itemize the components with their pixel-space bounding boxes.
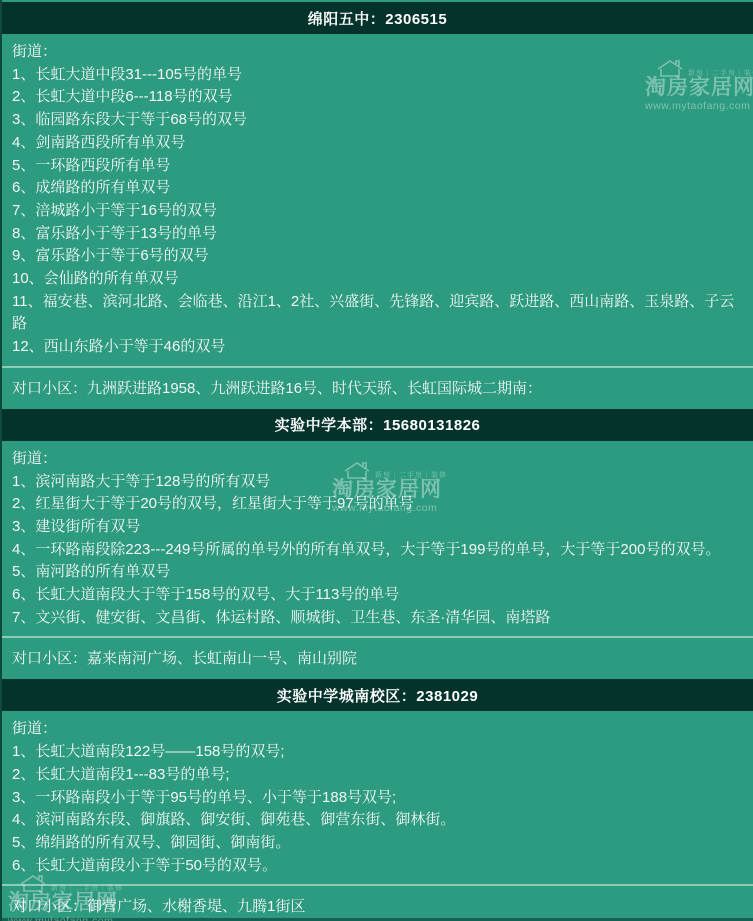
street-list: 街道：1、滨河南路大于等于128号的所有双号2、红星街大于等于20号的双号，红星… [2, 441, 753, 637]
school-section: 绵阳五中：2306515街道：1、长虹大道中段31---105号的单号2、长虹大… [2, 0, 753, 407]
street-item: 5、南河路的所有单双号 [12, 561, 743, 584]
street-item: 7、涪城路小于等于16号的双号 [12, 200, 743, 223]
street-item: 8、富乐路小于等于13号的单号 [12, 223, 743, 246]
street-item: 5、一环路西段所有单号 [12, 155, 743, 178]
street-item: 1、长虹大道南段122号——158号的双号; [12, 741, 743, 764]
section-header: 绵阳五中：2306515 [2, 0, 753, 34]
school-district-table: 绵阳五中：2306515街道：1、长虹大道中段31---105号的单号2、长虹大… [0, 0, 753, 921]
street-list: 街道：1、长虹大道南段122号——158号的双号;2、长虹大道南段1---83号… [2, 711, 753, 884]
section-title: 实验中学城南校区：2381029 [277, 685, 478, 706]
street-list-label: 街道： [12, 41, 743, 64]
street-item: 11、福安巷、滨河北路、会临巷、沿江1、2社、兴盛街、先锋路、迎宾路、跃进路、西… [12, 291, 743, 336]
community-text: 对口小区：御营广场、水榭香堤、九腾1街区 [12, 895, 305, 916]
street-item: 6、长虹大道南段小于等于50号的双号。 [12, 855, 743, 878]
street-item: 9、富乐路小于等于6号的双号 [12, 245, 743, 268]
sections-container: 绵阳五中：2306515街道：1、长虹大道中段31---105号的单号2、长虹大… [2, 0, 753, 921]
street-item: 5、绵绢路的所有双号、御园街、御南街。 [12, 832, 743, 855]
street-item: 1、长虹大道中段31---105号的单号 [12, 64, 743, 87]
street-item: 6、成绵路的所有单双号 [12, 177, 743, 200]
street-item: 3、一环路南段小于等于95号的单号、小于等于188号双号; [12, 787, 743, 810]
street-item: 3、建设街所有双号 [12, 516, 743, 539]
street-list: 街道：1、长虹大道中段31---105号的单号2、长虹大道中段6---118号的… [2, 34, 753, 366]
street-item: 4、一环路南段除223---249号所属的单号外的所有单双号，大于等于199号的… [12, 539, 743, 562]
section-title: 绵阳五中：2306515 [308, 8, 447, 29]
street-item: 4、剑南路西段所有单双号 [12, 132, 743, 155]
street-item: 7、文兴街、健安街、文昌街、体运村路、顺城街、卫生巷、东圣·清华园、南塔路 [12, 607, 743, 630]
community-row: 对口小区：嘉来南河广场、长虹南山一号、南山别院 [2, 636, 753, 677]
street-item: 4、滨河南路东段、御旗路、御安街、御苑巷、御营东街、御林街。 [12, 809, 743, 832]
school-section: 实验中学城南校区：2381029街道：1、长虹大道南段122号——158号的双号… [2, 677, 753, 921]
street-item: 10、会仙路的所有单双号 [12, 268, 743, 291]
street-item: 3、临园路东段大于等于68号的双号 [12, 109, 743, 132]
community-text: 对口小区：嘉来南河广场、长虹南山一号、南山别院 [12, 647, 357, 668]
street-list-label: 街道： [12, 718, 743, 741]
street-list-label: 街道： [12, 448, 743, 471]
school-section: 实验中学本部：15680131826街道：1、滨河南路大于等于128号的所有双号… [2, 407, 753, 678]
street-item: 2、红星街大于等于20号的双号，红星街大于等于97号的单号 [12, 493, 743, 516]
street-item: 12、西山东路小于等于46的双号 [12, 336, 743, 359]
section-title: 实验中学本部：15680131826 [275, 414, 481, 435]
street-item: 6、长虹大道南段大于等于158号的双号、大于113号的单号 [12, 584, 743, 607]
street-item: 2、长虹大道南段1---83号的单号; [12, 764, 743, 787]
street-item: 2、长虹大道中段6---118号的双号 [12, 86, 743, 109]
community-row: 对口小区：九洲跃进路1958、九洲跃进路16号、时代天骄、长虹国际城二期南： [2, 366, 753, 407]
community-text: 对口小区：九洲跃进路1958、九洲跃进路16号、时代天骄、长虹国际城二期南： [12, 377, 542, 398]
community-row: 对口小区：御营广场、水榭香堤、九腾1街区 [2, 884, 753, 921]
section-header: 实验中学城南校区：2381029 [2, 677, 753, 711]
street-item: 1、滨河南路大于等于128号的所有双号 [12, 471, 743, 494]
section-header: 实验中学本部：15680131826 [2, 407, 753, 441]
